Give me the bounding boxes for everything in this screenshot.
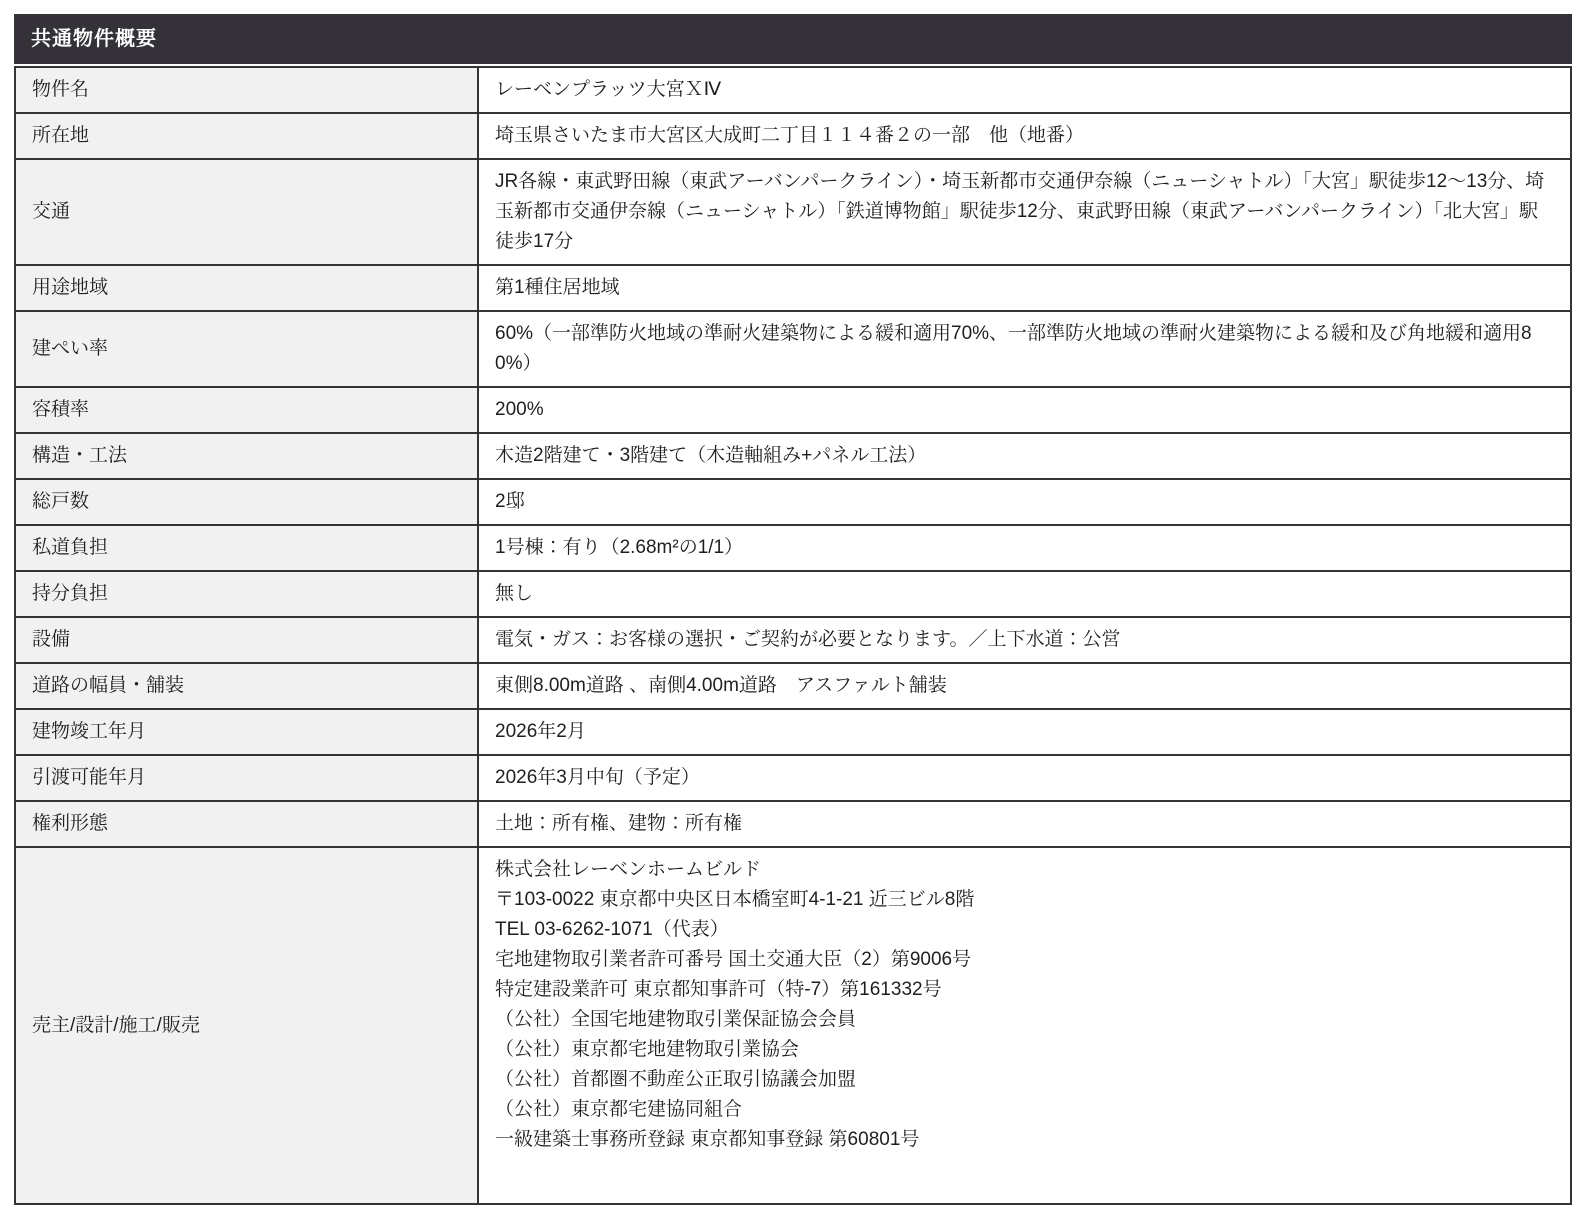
table-row: 所在地埼玉県さいたま市大宮区大成町二丁目１１４番２の一部 他（地番） xyxy=(15,113,1571,159)
row-value: 1号棟：有り（2.68m²の1/1） xyxy=(478,525,1571,571)
row-value: 木造2階建て・3階建て（木造軸組み+パネル工法） xyxy=(478,433,1571,479)
table-row: 総戸数2邸 xyxy=(15,479,1571,525)
row-value: 第1種住居地域 xyxy=(478,265,1571,311)
table-row: 容積率200% xyxy=(15,387,1571,433)
row-label: 交通 xyxy=(15,159,478,265)
value-line: TEL 03-6262-1071（代表） xyxy=(495,915,1554,945)
row-label: 物件名 xyxy=(15,67,478,113)
value-line: 土地：所有権、建物：所有権 xyxy=(495,809,1554,839)
row-label: 設備 xyxy=(15,617,478,663)
value-line: 一級建築士事務所登録 東京都知事登録 第60801号 xyxy=(495,1125,1554,1155)
value-line: レーベンプラッツ大宮ＸⅣ xyxy=(495,75,1554,105)
row-value: 土地：所有権、建物：所有権 xyxy=(478,801,1571,847)
value-line: 無し xyxy=(495,579,1554,609)
row-label: 権利形態 xyxy=(15,801,478,847)
row-label: 総戸数 xyxy=(15,479,478,525)
row-value: 電気・ガス：お客様の選択・ご契約が必要となります。／上下水道：公営 xyxy=(478,617,1571,663)
table-row: 引渡可能年月2026年3月中旬（予定） xyxy=(15,755,1571,801)
row-label: 持分負担 xyxy=(15,571,478,617)
value-line: 宅地建物取引業者許可番号 国土交通大臣（2）第9006号 xyxy=(495,945,1554,975)
table-row: 交通JR各線・東武野田線（東武アーバンパークライン）・埼玉新都市交通伊奈線（ニュ… xyxy=(15,159,1571,265)
table-row: 売主/設計/施工/販売株式会社レーベンホームビルド〒103-0022 東京都中央… xyxy=(15,847,1571,1204)
table-row: 権利形態土地：所有権、建物：所有権 xyxy=(15,801,1571,847)
row-label: 所在地 xyxy=(15,113,478,159)
row-label: 構造・工法 xyxy=(15,433,478,479)
value-line: 200% xyxy=(495,395,1554,425)
property-overview-section: 共通物件概要 物件名レーベンプラッツ大宮ＸⅣ所在地埼玉県さいたま市大宮区大成町二… xyxy=(14,14,1572,1205)
table-row: 道路の幅員・舗装東側8.00m道路 、南側4.00m道路 アスファルト舗装 xyxy=(15,663,1571,709)
table-row: 設備電気・ガス：お客様の選択・ご契約が必要となります。／上下水道：公営 xyxy=(15,617,1571,663)
row-label: 用途地域 xyxy=(15,265,478,311)
value-line: 1号棟：有り（2.68m²の1/1） xyxy=(495,533,1554,563)
row-label: 私道負担 xyxy=(15,525,478,571)
value-line: 木造2階建て・3階建て（木造軸組み+パネル工法） xyxy=(495,441,1554,471)
row-value: 埼玉県さいたま市大宮区大成町二丁目１１４番２の一部 他（地番） xyxy=(478,113,1571,159)
row-value: 2邸 xyxy=(478,479,1571,525)
row-value: 2026年3月中旬（予定） xyxy=(478,755,1571,801)
page-title: 共通物件概要 xyxy=(14,14,1572,64)
property-table: 物件名レーベンプラッツ大宮ＸⅣ所在地埼玉県さいたま市大宮区大成町二丁目１１４番２… xyxy=(14,66,1572,1205)
row-value: 200% xyxy=(478,387,1571,433)
row-label: 建物竣工年月 xyxy=(15,709,478,755)
property-table-body: 物件名レーベンプラッツ大宮ＸⅣ所在地埼玉県さいたま市大宮区大成町二丁目１１４番２… xyxy=(15,67,1571,1204)
row-value: 2026年2月 xyxy=(478,709,1571,755)
value-line: 電気・ガス：お客様の選択・ご契約が必要となります。／上下水道：公営 xyxy=(495,625,1554,655)
value-line: 60%（一部準防火地域の準耐火建築物による緩和適用70%、一部準防火地域の準耐火… xyxy=(495,319,1554,379)
value-line: 2026年2月 xyxy=(495,717,1554,747)
value-line: （公社）首都圏不動産公正取引協議会加盟 xyxy=(495,1065,1554,1095)
value-line: 株式会社レーベンホームビルド xyxy=(495,855,1554,885)
value-line: （公社）東京都宅建協同組合 xyxy=(495,1095,1554,1125)
row-value: 60%（一部準防火地域の準耐火建築物による緩和適用70%、一部準防火地域の準耐火… xyxy=(478,311,1571,387)
value-line: 2026年3月中旬（予定） xyxy=(495,763,1554,793)
value-line: 〒103-0022 東京都中央区日本橋室町4-1-21 近三ビル8階 xyxy=(495,885,1554,915)
value-line: 東側8.00m道路 、南側4.00m道路 アスファルト舗装 xyxy=(495,671,1554,701)
row-value: 無し xyxy=(478,571,1571,617)
value-line: 2邸 xyxy=(495,487,1554,517)
value-line: 特定建設業許可 東京都知事許可（特-7）第161332号 xyxy=(495,975,1554,1005)
row-value: レーベンプラッツ大宮ＸⅣ xyxy=(478,67,1571,113)
row-label: 建ぺい率 xyxy=(15,311,478,387)
value-line: （公社）東京都宅地建物取引業協会 xyxy=(495,1035,1554,1065)
value-line: 埼玉県さいたま市大宮区大成町二丁目１１４番２の一部 他（地番） xyxy=(495,121,1554,151)
table-row: 持分負担無し xyxy=(15,571,1571,617)
table-row: 私道負担1号棟：有り（2.68m²の1/1） xyxy=(15,525,1571,571)
row-label: 売主/設計/施工/販売 xyxy=(15,847,478,1204)
table-row: 物件名レーベンプラッツ大宮ＸⅣ xyxy=(15,67,1571,113)
value-line: 第1種住居地域 xyxy=(495,273,1554,303)
row-label: 容積率 xyxy=(15,387,478,433)
table-row: 用途地域第1種住居地域 xyxy=(15,265,1571,311)
table-row: 建物竣工年月2026年2月 xyxy=(15,709,1571,755)
row-label: 引渡可能年月 xyxy=(15,755,478,801)
row-value: JR各線・東武野田線（東武アーバンパークライン）・埼玉新都市交通伊奈線（ニューシ… xyxy=(478,159,1571,265)
row-value: 東側8.00m道路 、南側4.00m道路 アスファルト舗装 xyxy=(478,663,1571,709)
table-row: 構造・工法木造2階建て・3階建て（木造軸組み+パネル工法） xyxy=(15,433,1571,479)
row-value: 株式会社レーベンホームビルド〒103-0022 東京都中央区日本橋室町4-1-2… xyxy=(478,847,1571,1204)
value-line: JR各線・東武野田線（東武アーバンパークライン）・埼玉新都市交通伊奈線（ニューシ… xyxy=(495,167,1554,257)
value-line: （公社）全国宅地建物取引業保証協会会員 xyxy=(495,1005,1554,1035)
row-label: 道路の幅員・舗装 xyxy=(15,663,478,709)
table-row: 建ぺい率60%（一部準防火地域の準耐火建築物による緩和適用70%、一部準防火地域… xyxy=(15,311,1571,387)
